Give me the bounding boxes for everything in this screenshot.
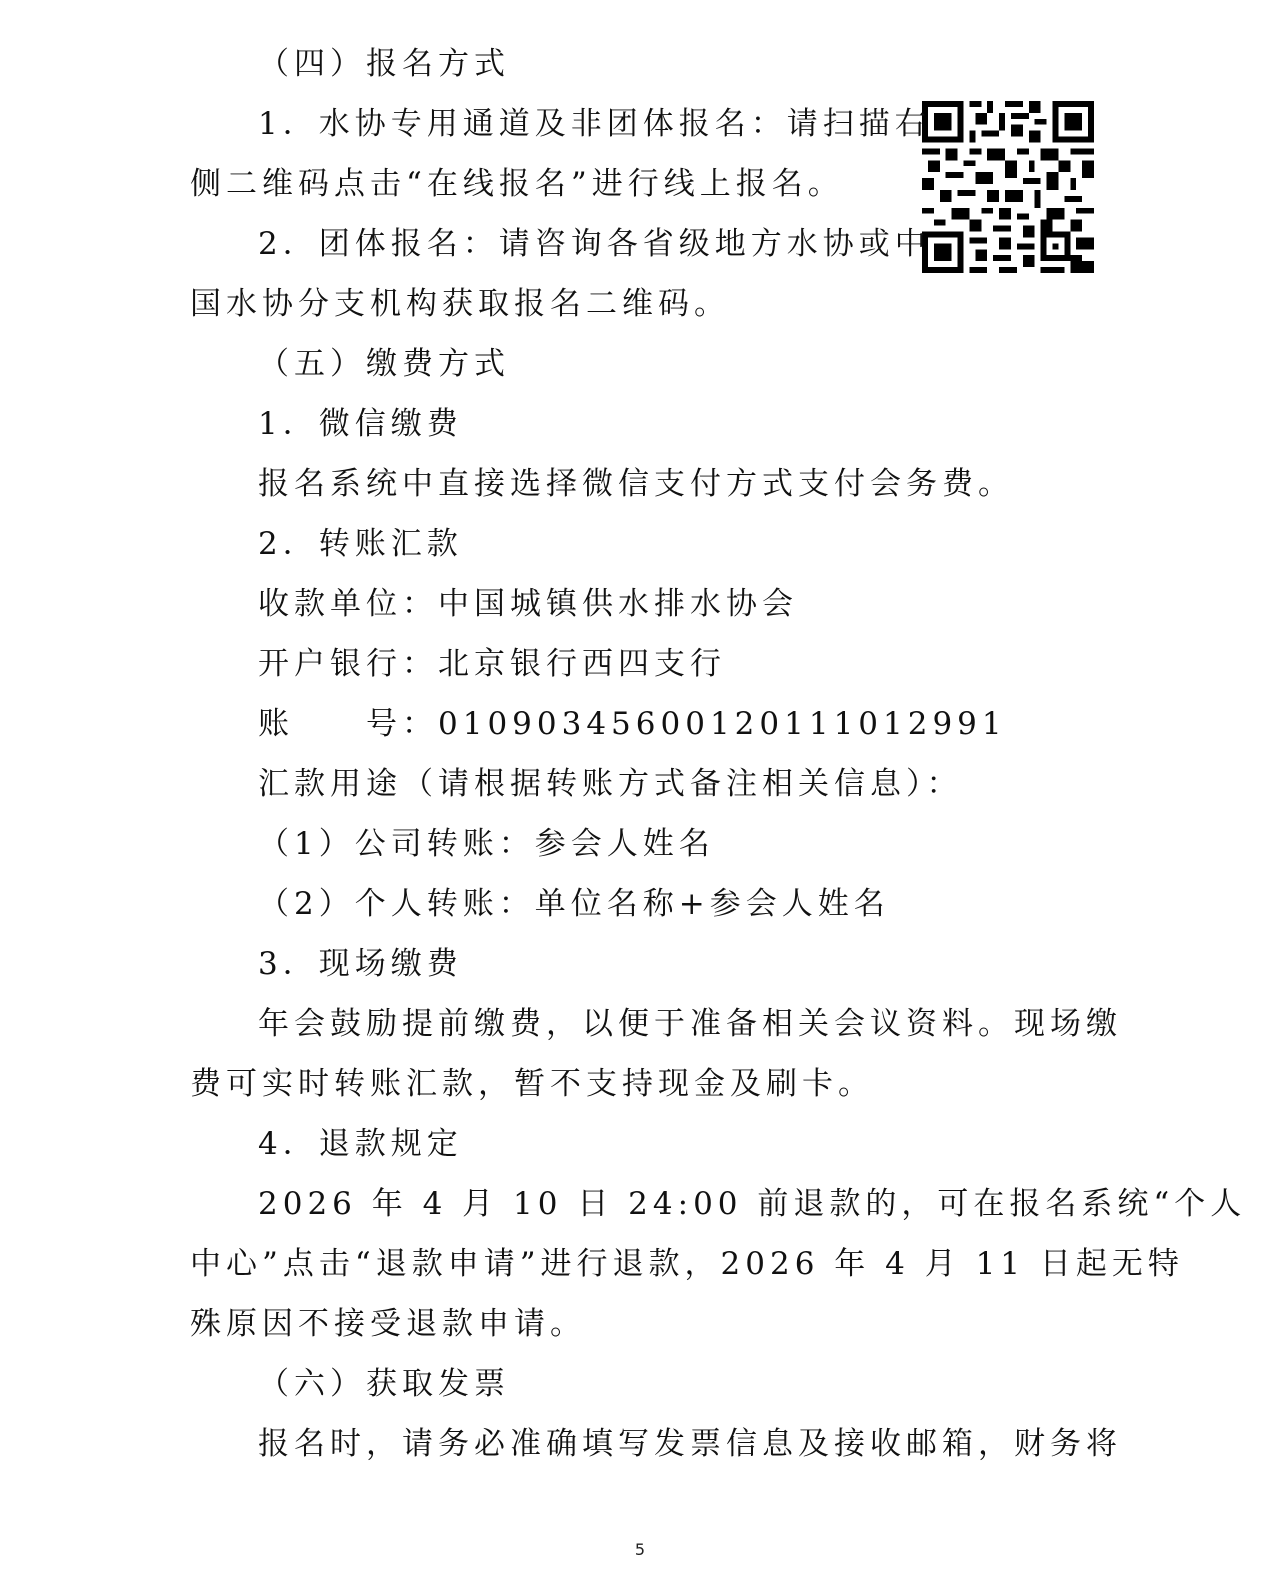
text-line: 2026 年 4 月 10 日 24:00 前退款的，可在报名系统“个人 (258, 1184, 1246, 1224)
text-line: 年会鼓励提前缴费，以便于准备相关会议资料。现场缴 (258, 1004, 1122, 1044)
text-line: 4．退款规定 (258, 1124, 463, 1164)
text-line: 殊原因不接受退款申请。 (190, 1304, 586, 1344)
text-line: （四）报名方式 (258, 44, 510, 84)
text-line: 侧二维码点击“在线报名”进行线上报名。 (190, 164, 844, 204)
text-line: 开户银行：北京银行西四支行 (258, 644, 726, 684)
text-line: 3．现场缴费 (258, 944, 463, 984)
text-line: 2．团体报名：请咨询各省级地方水协或中 (258, 224, 931, 264)
text-line: 费可实时转账汇款，暂不支持现金及刷卡。 (190, 1064, 874, 1104)
text-line: 报名系统中直接选择微信支付方式支付会务费。 (258, 464, 1014, 504)
text-line: 报名时，请务必准确填写发票信息及接收邮箱，财务将 (258, 1424, 1122, 1464)
text-line: 收款单位：中国城镇供水排水协会 (258, 584, 798, 624)
text-line: （六）获取发票 (258, 1364, 510, 1404)
text-line: 汇款用途（请根据转账方式备注相关信息）： (258, 764, 963, 804)
text-line: 2．转账汇款 (258, 524, 463, 564)
text-line: （五）缴费方式 (258, 344, 510, 384)
text-line: （2）个人转账：单位名称+参会人姓名 (258, 884, 890, 924)
text-line: 账 号：01090345600120111012991 (258, 704, 1007, 744)
text-line: 1．微信缴费 (258, 404, 463, 444)
text-line: 国水协分支机构获取报名二维码。 (190, 284, 730, 324)
text-line: 1．水协专用通道及非团体报名：请扫描右 (258, 104, 931, 144)
page-number: 5 (0, 1540, 1280, 1559)
text-line: （1）公司转账：参会人姓名 (258, 824, 715, 864)
text-line: 中心”点击“退款申请”进行退款，2026 年 4 月 11 日起无特 (190, 1244, 1184, 1284)
registration-qr-code[interactable] (922, 101, 1094, 273)
